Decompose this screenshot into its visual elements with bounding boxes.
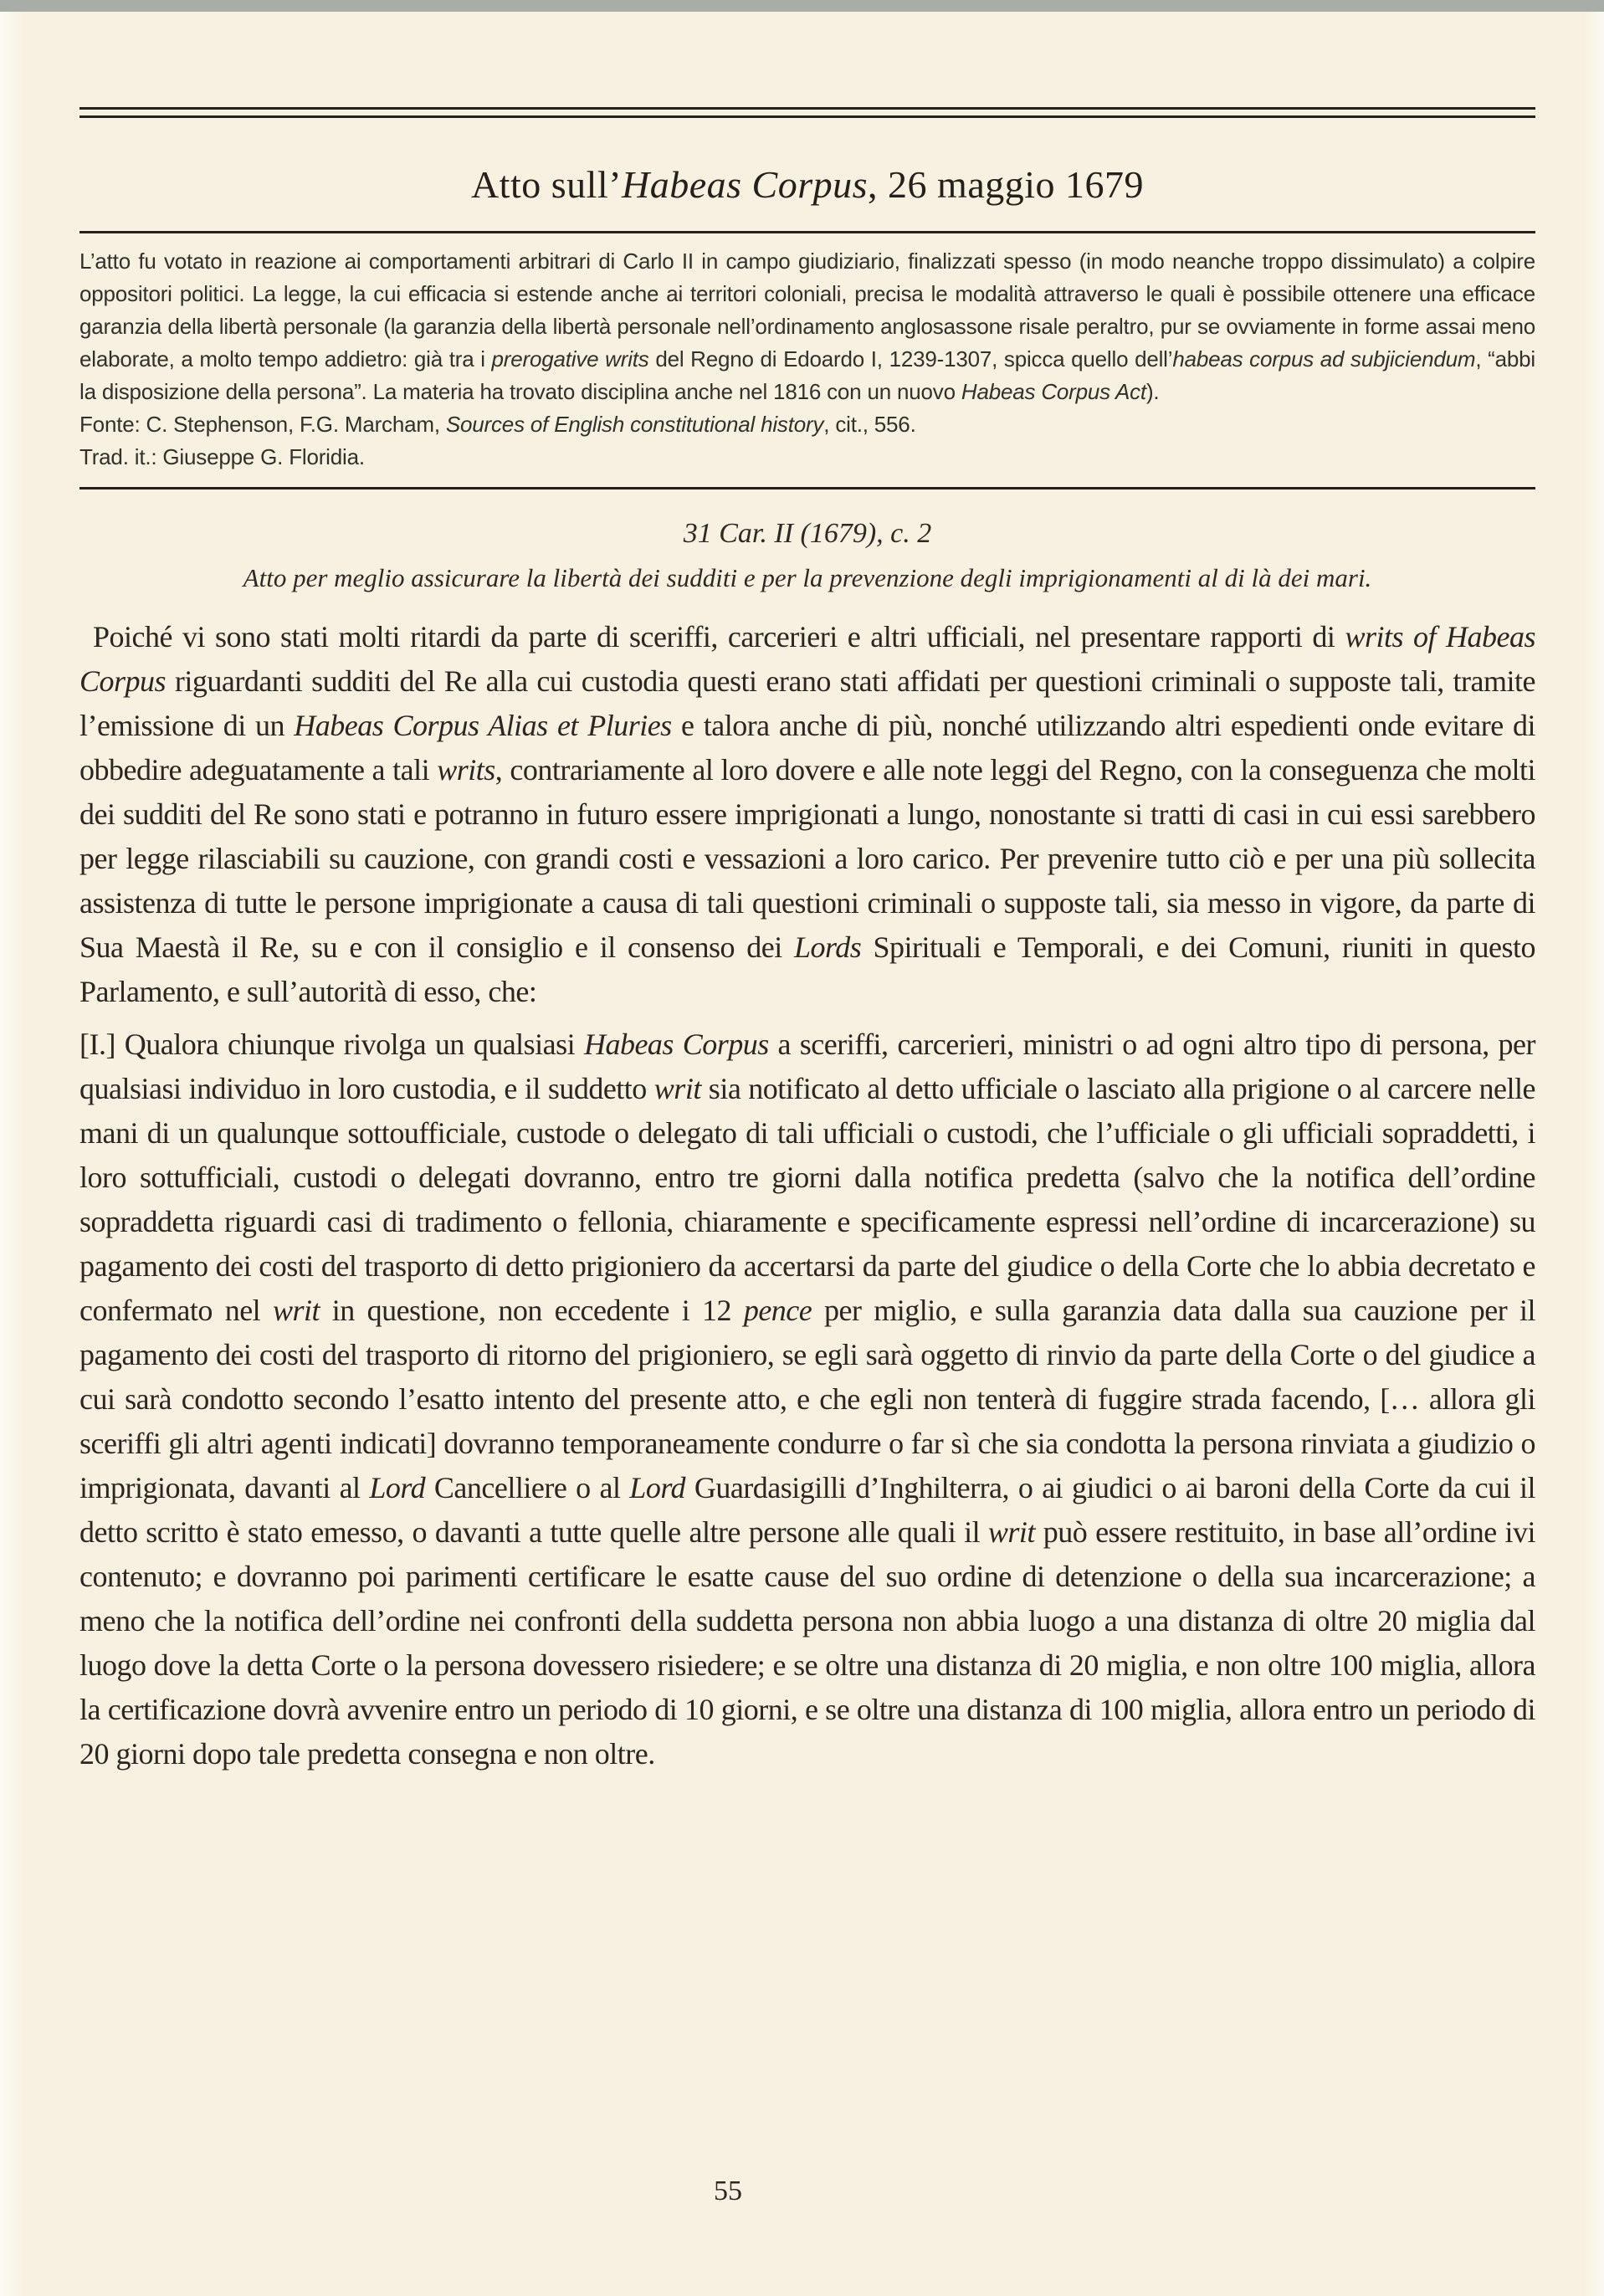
body-paragraph-preamble: Poiché vi sono stati molti ritardi da pa… [79, 615, 1535, 1014]
intro-paragraph: L’atto fu votato in reazione ai comporta… [79, 245, 1535, 408]
title-underline-rule [79, 231, 1535, 233]
page-number: 55 [0, 2176, 1456, 2207]
scanned-book-page: Atto sull’Habeas Corpus, 26 maggio 1679 … [0, 0, 1604, 2296]
page-title: Atto sull’Habeas Corpus, 26 maggio 1679 [79, 161, 1535, 208]
intro-underline-rule [79, 487, 1535, 489]
translation-line: Trad. it.: Giuseppe G. Floridia. [79, 441, 1535, 474]
act-reference-heading: 31 Car. II (1679), c. 2 [79, 518, 1535, 550]
body-paragraph-section-1: [I.] Qualora chiunque rivolga un qualsia… [79, 1022, 1535, 1776]
source-line: Fonte: C. Stephenson, F.G. Marcham, Sour… [79, 408, 1535, 441]
page-content: Atto sull’Habeas Corpus, 26 maggio 1679 … [79, 0, 1535, 1776]
rule-line [79, 115, 1535, 118]
top-double-rule [79, 107, 1535, 118]
intro-block: L’atto fu votato in reazione ai comporta… [79, 245, 1535, 474]
act-subtitle: Atto per meglio assicurare la libertà de… [79, 563, 1535, 593]
rule-line [79, 107, 1535, 110]
